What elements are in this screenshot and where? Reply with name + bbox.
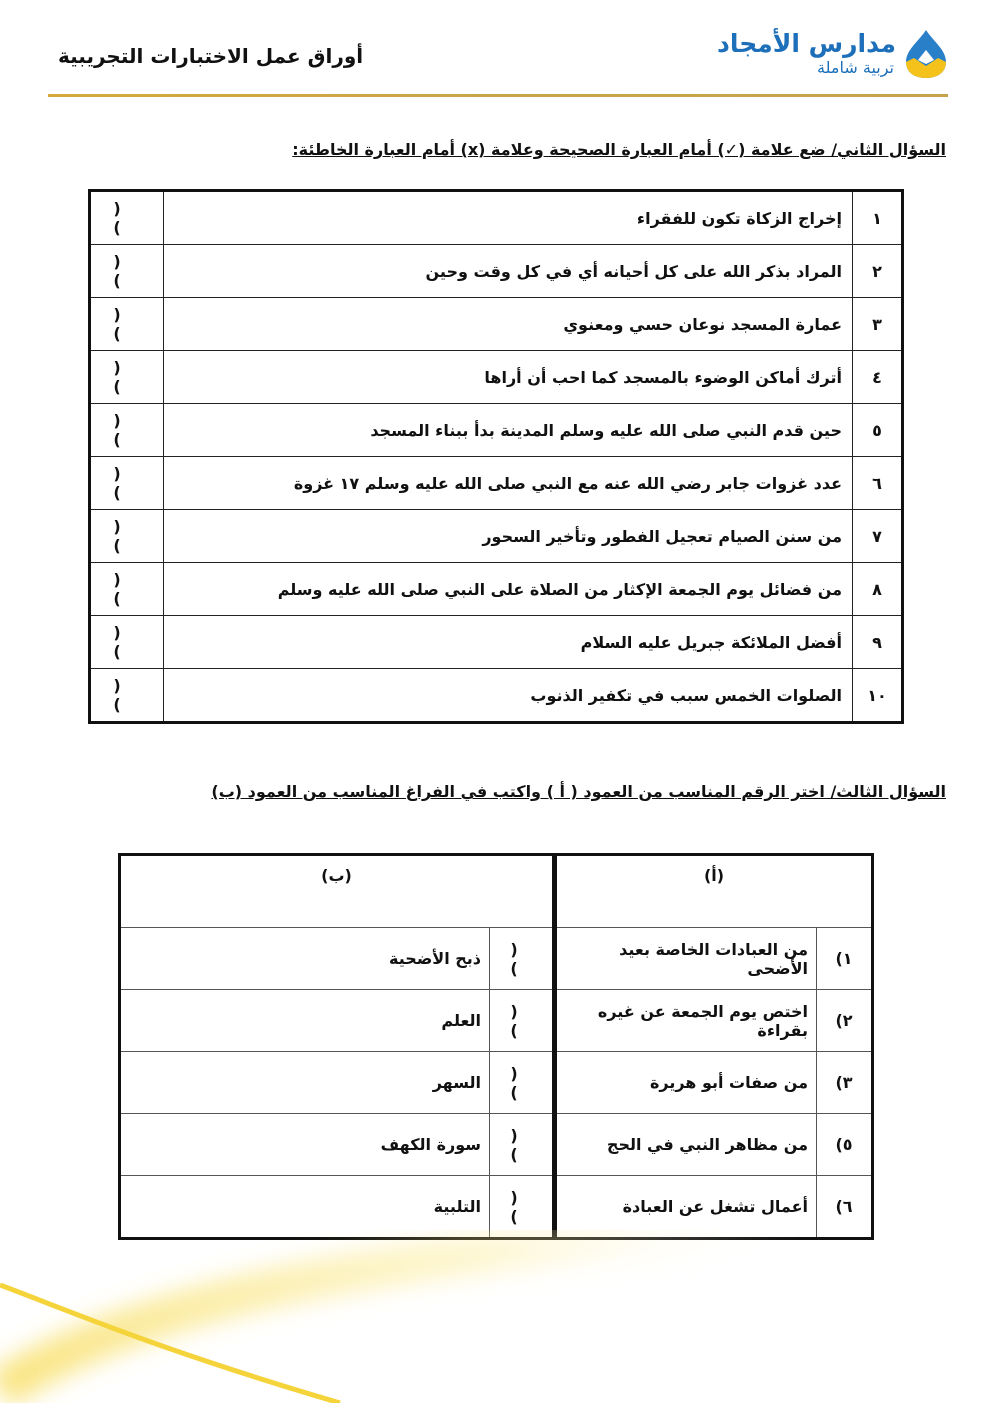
true-false-table: ١إخراج الزكاة تكون للفقراء( )٢المراد بذك… bbox=[88, 189, 904, 724]
statement-text: أترك أماكن الوضوء بالمسجد كما احب أن أرا… bbox=[164, 351, 853, 404]
answer-blank[interactable]: ( ) bbox=[90, 563, 164, 616]
statement-text: عمارة المسجد نوعان حسي ومعنوي bbox=[164, 298, 853, 351]
matching-row: ٥)من مظاهر النبي في الحج( )سورة الكهف bbox=[120, 1114, 873, 1176]
statement-row: ٨من فضائل يوم الجمعة الإكثار من الصلاة ع… bbox=[90, 563, 903, 616]
column-a-number: ٦) bbox=[817, 1176, 873, 1239]
answer-blank[interactable]: ( ) bbox=[490, 1176, 555, 1239]
answer-blank[interactable]: ( ) bbox=[90, 404, 164, 457]
column-b-text: التلبية bbox=[120, 1176, 490, 1239]
column-a-header: (أ) bbox=[555, 855, 873, 928]
column-a-number: ٣) bbox=[817, 1052, 873, 1114]
row-number: ٥ bbox=[853, 404, 903, 457]
statement-row: ٤أترك أماكن الوضوء بالمسجد كما احب أن أر… bbox=[90, 351, 903, 404]
column-b-header: (ب) bbox=[120, 855, 555, 928]
statement-row: ١٠الصلوات الخمس سبب في تكفير الذنوب( ) bbox=[90, 669, 903, 723]
question3-title: السؤال الثالث/ اختر الرقم المناسب من الع… bbox=[211, 782, 946, 801]
logo-tagline: تربية شاملة bbox=[817, 58, 894, 78]
column-a-text: أعمال تشغل عن العبادة bbox=[555, 1176, 817, 1239]
row-number: ٨ bbox=[853, 563, 903, 616]
statement-row: ٢المراد بذكر الله على كل أحيانه أي في كل… bbox=[90, 245, 903, 298]
statement-row: ٦عدد غزوات جابر رضي الله عنه مع النبي صل… bbox=[90, 457, 903, 510]
answer-blank[interactable]: ( ) bbox=[90, 298, 164, 351]
row-number: ٦ bbox=[853, 457, 903, 510]
statement-row: ١إخراج الزكاة تكون للفقراء( ) bbox=[90, 191, 903, 245]
statement-row: ٩أفضل الملائكة جبريل عليه السلام( ) bbox=[90, 616, 903, 669]
answer-blank[interactable]: ( ) bbox=[90, 616, 164, 669]
column-a-number: ١) bbox=[817, 928, 873, 990]
statement-text: إخراج الزكاة تكون للفقراء bbox=[164, 191, 853, 245]
answer-blank[interactable]: ( ) bbox=[90, 191, 164, 245]
statement-text: الصلوات الخمس سبب في تكفير الذنوب bbox=[164, 669, 853, 723]
statement-row: ٥حين قدم النبي صلى الله عليه وسلم المدين… bbox=[90, 404, 903, 457]
column-a-text: اختص يوم الجمعة عن غيره بقراءة bbox=[555, 990, 817, 1052]
matching-row: ٢)اختص يوم الجمعة عن غيره بقراءة( )العلم bbox=[120, 990, 873, 1052]
decorative-swoosh bbox=[0, 1230, 992, 1403]
column-a-text: من صفات أبو هريرة bbox=[555, 1052, 817, 1114]
column-a-number: ٥) bbox=[817, 1114, 873, 1176]
question2-title: السؤال الثاني/ ضع علامة (✓) أمام العبارة… bbox=[292, 140, 946, 159]
row-number: ١ bbox=[853, 191, 903, 245]
statement-text: المراد بذكر الله على كل أحيانه أي في كل … bbox=[164, 245, 853, 298]
header-divider bbox=[48, 94, 948, 97]
row-number: ١٠ bbox=[853, 669, 903, 723]
statement-text: من فضائل يوم الجمعة الإكثار من الصلاة عل… bbox=[164, 563, 853, 616]
page-title: أوراق عمل الاختبارات التجريبية bbox=[58, 44, 363, 68]
column-b-text: السهر bbox=[120, 1052, 490, 1114]
matching-row: ٦)أعمال تشغل عن العبادة( )التلبية bbox=[120, 1176, 873, 1239]
row-number: ٢ bbox=[853, 245, 903, 298]
row-number: ٩ bbox=[853, 616, 903, 669]
statement-text: من سنن الصيام تعجيل الفطور وتأخير السحور bbox=[164, 510, 853, 563]
matching-table: (أ) (ب) ١)من العبادات الخاصة بعيد الأضحى… bbox=[118, 853, 874, 1240]
row-number: ٣ bbox=[853, 298, 903, 351]
school-logo: مدارس الأمجاد تربية شاملة bbox=[717, 28, 948, 80]
row-number: ٤ bbox=[853, 351, 903, 404]
answer-blank[interactable]: ( ) bbox=[490, 990, 555, 1052]
column-b-text: سورة الكهف bbox=[120, 1114, 490, 1176]
answer-blank[interactable]: ( ) bbox=[490, 1114, 555, 1176]
statement-text: عدد غزوات جابر رضي الله عنه مع النبي صلى… bbox=[164, 457, 853, 510]
statement-text: حين قدم النبي صلى الله عليه وسلم المدينة… bbox=[164, 404, 853, 457]
answer-blank[interactable]: ( ) bbox=[90, 351, 164, 404]
matching-row: ١)من العبادات الخاصة بعيد الأضحى( )ذبح ا… bbox=[120, 928, 873, 990]
matching-header-row: (أ) (ب) bbox=[120, 855, 873, 928]
column-a-text: من مظاهر النبي في الحج bbox=[555, 1114, 817, 1176]
logo-name: مدارس الأمجاد bbox=[717, 30, 896, 58]
answer-blank[interactable]: ( ) bbox=[490, 1052, 555, 1114]
column-b-text: ذبح الأضحية bbox=[120, 928, 490, 990]
statement-row: ٧من سنن الصيام تعجيل الفطور وتأخير السحو… bbox=[90, 510, 903, 563]
row-number: ٧ bbox=[853, 510, 903, 563]
column-a-text: من العبادات الخاصة بعيد الأضحى bbox=[555, 928, 817, 990]
column-a-number: ٢) bbox=[817, 990, 873, 1052]
matching-row: ٣)من صفات أبو هريرة( )السهر bbox=[120, 1052, 873, 1114]
answer-blank[interactable]: ( ) bbox=[490, 928, 555, 990]
answer-blank[interactable]: ( ) bbox=[90, 457, 164, 510]
statement-row: ٣عمارة المسجد نوعان حسي ومعنوي( ) bbox=[90, 298, 903, 351]
answer-blank[interactable]: ( ) bbox=[90, 669, 164, 723]
answer-blank[interactable]: ( ) bbox=[90, 245, 164, 298]
drop-logo-icon bbox=[904, 28, 948, 80]
statement-text: أفضل الملائكة جبريل عليه السلام bbox=[164, 616, 853, 669]
column-b-text: العلم bbox=[120, 990, 490, 1052]
answer-blank[interactable]: ( ) bbox=[90, 510, 164, 563]
